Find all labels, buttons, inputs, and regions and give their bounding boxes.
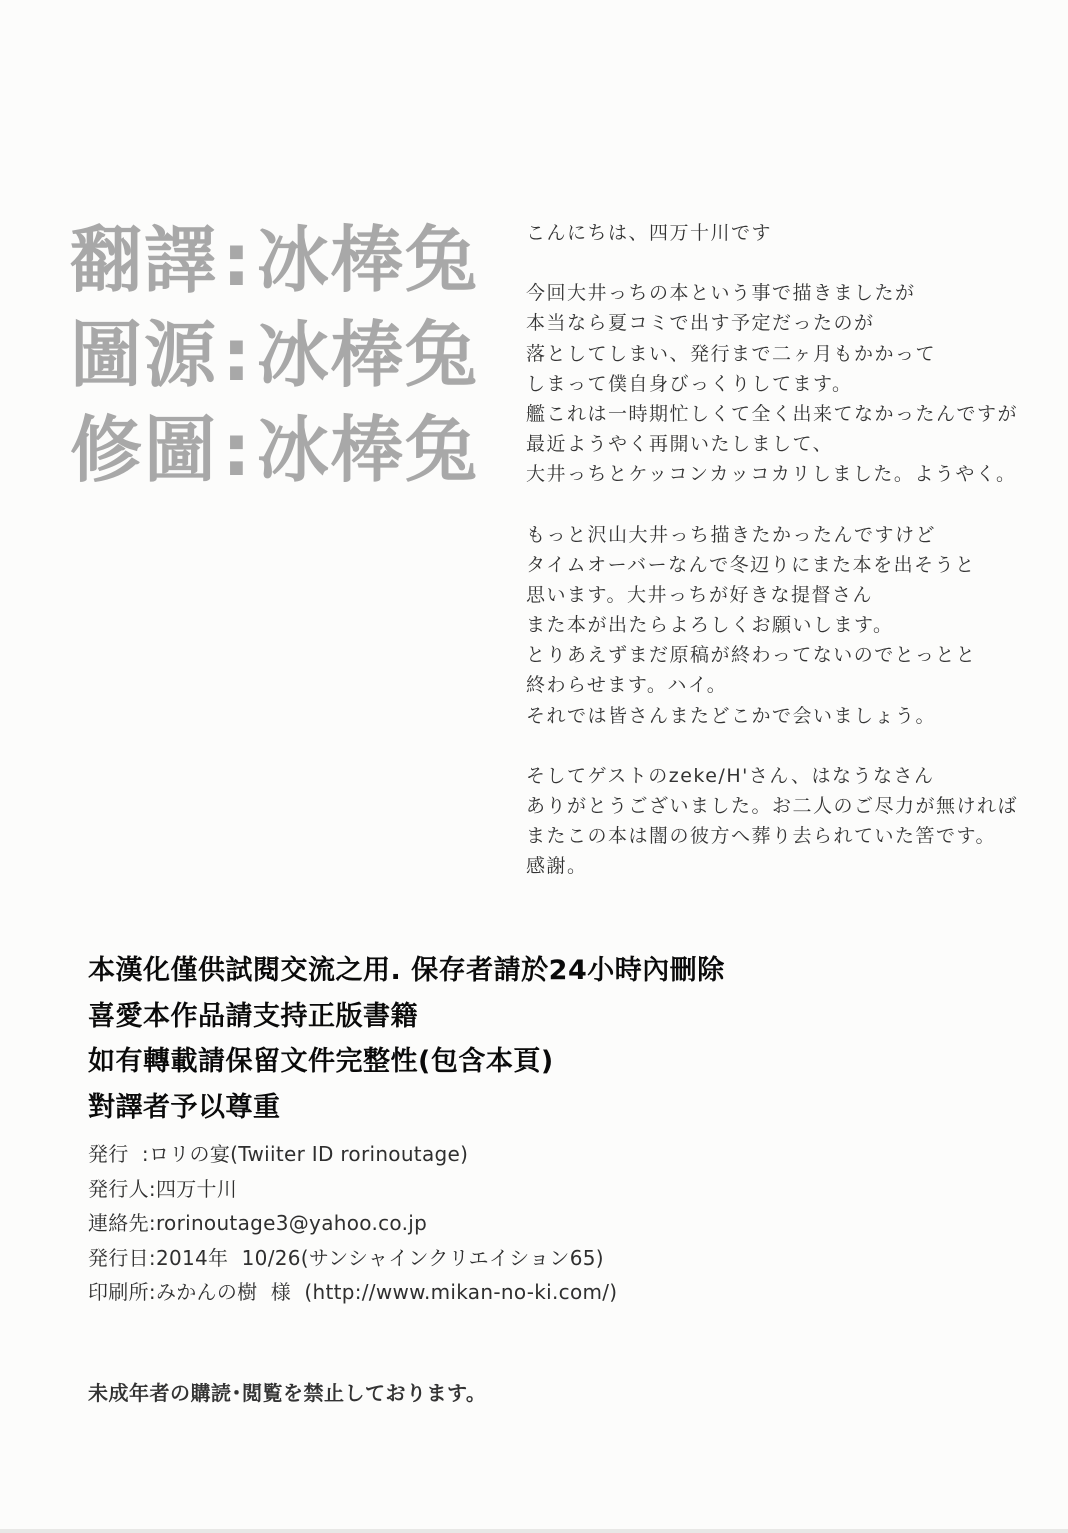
page: 翻譯 : 冰棒兔 圖源 : 冰棒兔 修圖 : 冰棒兔 こんにちは、四万十川です …: [0, 0, 1068, 1533]
text-line: また本が出たらよろしくお願いします。: [526, 610, 1056, 640]
afterword-paragraph-1: 今回大井っちの本という事で描きましたが 本当なら夏コミで出す予定だったのが 落と…: [526, 278, 1056, 489]
text-line: そしてゲストのzeke/H'さん、はなうなさん: [526, 761, 1056, 791]
colophon-printer: 印刷所:みかんの樹 様 (http://www.mikan-no-ki.com/…: [88, 1275, 728, 1310]
notice-line: 喜愛本作品請支持正版書籍: [88, 994, 788, 1040]
page-edge-divider: [0, 1529, 1068, 1533]
colophon-contact: 連絡先:rorinoutage3@yahoo.co.jp: [88, 1206, 728, 1241]
colophon-value: :四万十川: [149, 1172, 237, 1207]
colophon-value: :みかんの樹 様 (http://www.mikan-no-ki.com/): [149, 1275, 618, 1310]
credit-separator: :: [222, 414, 253, 486]
text-line: 思います。大井っちが好きな提督さん: [526, 580, 1056, 610]
credits-block: 翻譯 : 冰棒兔 圖源 : 冰棒兔 修圖 : 冰棒兔: [70, 212, 490, 497]
notice-line: 本漢化僅供試閱交流之用. 保存者請於24小時內刪除: [88, 948, 788, 994]
colophon-label: 印刷所: [88, 1275, 149, 1310]
credit-image-source: 圖源 : 冰棒兔: [70, 307, 490, 402]
colophon-label: 発行人: [88, 1172, 149, 1207]
colophon-publisher: 発行 :ロリの宴(Twiiter ID rorinoutage): [88, 1137, 728, 1172]
afterword: こんにちは、四万十川です 今回大井っちの本という事で描きましたが 本当なら夏コミ…: [526, 218, 1056, 882]
colophon-label: 発行: [88, 1137, 129, 1172]
credit-image-editing: 修圖 : 冰棒兔: [70, 402, 490, 497]
text-line: こんにちは、四万十川です: [526, 218, 1056, 248]
credit-translation: 翻譯 : 冰棒兔: [70, 212, 490, 307]
colophon-issuer: 発行人:四万十川: [88, 1172, 728, 1207]
credit-name: 冰棒兔: [257, 224, 479, 296]
colophon-date: 発行日:2014年 10/26(サンシャインクリエイション65): [88, 1241, 728, 1276]
credit-name: 冰棒兔: [257, 319, 479, 391]
text-line: もっと沢山大井っち描きたかったんですけど: [526, 520, 1056, 550]
text-line: それでは皆さんまたどこかで会いましょう。: [526, 701, 1056, 731]
colophon: 発行 :ロリの宴(Twiiter ID rorinoutage) 発行人:四万十…: [88, 1137, 728, 1310]
credit-name: 冰棒兔: [257, 414, 479, 486]
notice-line: 對譯者予以尊重: [88, 1085, 788, 1131]
text-line: 艦これは一時期忙しくて全く出来てなかったんですが: [526, 399, 1056, 429]
afterword-greeting: こんにちは、四万十川です: [526, 218, 1056, 248]
colophon-label: 連絡先: [88, 1206, 149, 1241]
colophon-label: 発行日: [88, 1241, 149, 1276]
afterword-paragraph-2: もっと沢山大井っち描きたかったんですけど タイムオーバーなんで冬辺りにまた本を出…: [526, 520, 1056, 731]
notice-line: 如有轉載請保留文件完整性(包含本頁): [88, 1039, 788, 1085]
translation-notice: 本漢化僅供試閱交流之用. 保存者請於24小時內刪除 喜愛本作品請支持正版書籍 如…: [88, 948, 788, 1130]
text-line: 今回大井っちの本という事で描きましたが: [526, 278, 1056, 308]
text-line: ありがとうございました。お二人のご尽力が無ければ: [526, 791, 1056, 821]
text-line: 大井っちとケッコンカッコカリしました。ようやく。: [526, 459, 1056, 489]
text-line: またこの本は闇の彼方へ葬り去られていた筈です。: [526, 821, 1056, 851]
colophon-value: :ロリの宴(Twiiter ID rorinoutage): [129, 1137, 469, 1172]
text-line: 感謝。: [526, 851, 1056, 881]
credit-separator: :: [222, 224, 253, 296]
text-line: とりあえずまだ原稿が終わってないのでとっとと: [526, 640, 1056, 670]
text-line: 本当なら夏コミで出す予定だったのが: [526, 308, 1056, 338]
colophon-value: :2014年 10/26(サンシャインクリエイション65): [149, 1241, 604, 1276]
credit-separator: :: [222, 319, 253, 391]
credit-role: 翻譯: [70, 224, 218, 296]
text-line: 終わらせます。ハイ。: [526, 670, 1056, 700]
text-line: タイムオーバーなんで冬辺りにまた本を出そうと: [526, 550, 1056, 580]
afterword-paragraph-3: そしてゲストのzeke/H'さん、はなうなさん ありがとうございました。お二人の…: [526, 761, 1056, 882]
age-restriction-warning: 未成年者の購読･閲覧を禁止しております。: [88, 1377, 486, 1406]
colophon-value: :rorinoutage3@yahoo.co.jp: [149, 1206, 427, 1241]
text-line: しまって僕自身びっくりしてます。: [526, 369, 1056, 399]
text-line: 落としてしまい、発行まで二ヶ月もかかって: [526, 339, 1056, 369]
credit-role: 圖源: [70, 319, 218, 391]
text-line: 最近ようやく再開いたしまして、: [526, 429, 1056, 459]
credit-role: 修圖: [70, 414, 218, 486]
